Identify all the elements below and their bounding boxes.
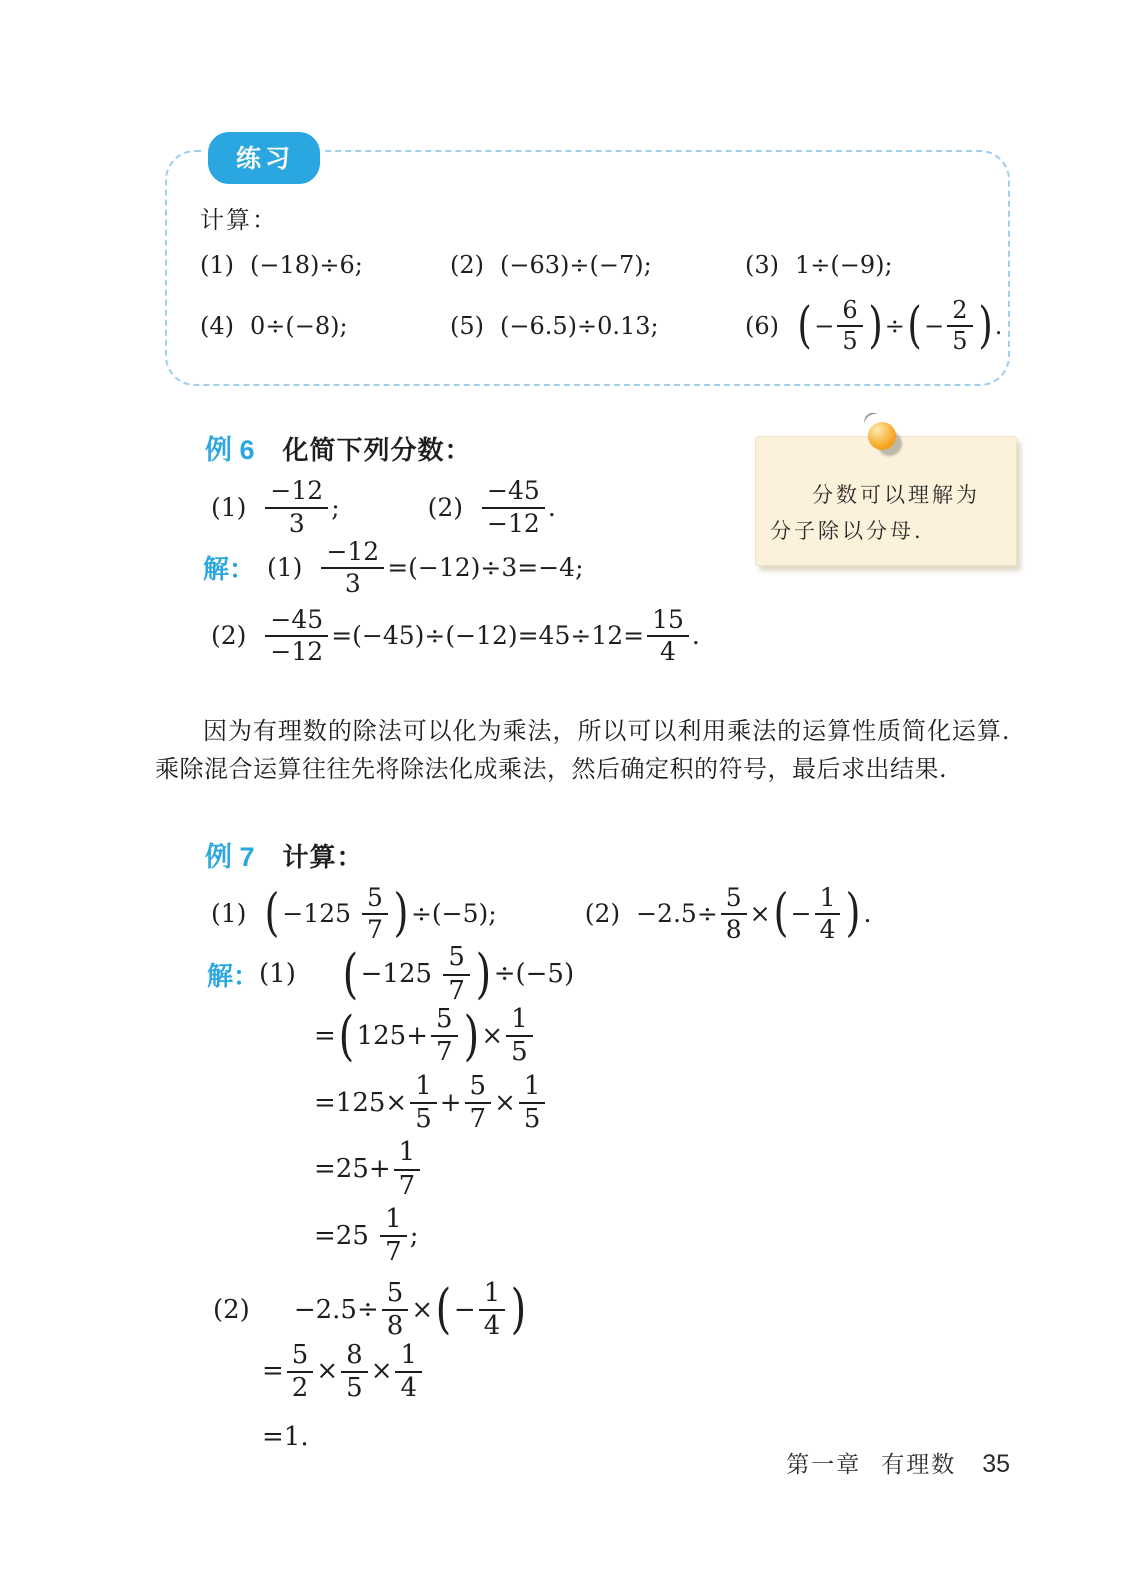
solve-label: 解： <box>203 549 255 586</box>
example6-section: 例 6 化简下列分数： (1) −123; (2) −45−12. 解： (1)… <box>155 428 1010 667</box>
math-expression: =52×85×14 <box>262 1341 425 1403</box>
practice-label-pill: 练习 <box>203 127 325 189</box>
math-expression: −2.5÷58×(−14) <box>294 1279 529 1341</box>
math-expression: −123=(−12)÷3=−4; <box>318 538 583 598</box>
exercise-number: (5) <box>450 312 484 340</box>
example7-section: 例 7 计算： (1) (−125 57)÷(−5); (2) −2.5÷58×… <box>155 835 1010 1467</box>
solve-label: 解： <box>207 956 259 993</box>
example6-problem-2: (2) −45−12. <box>428 477 556 537</box>
math-expression: =25+17 <box>314 1138 423 1200</box>
practice-box: 练习 计算： (1) (−18)÷6; (2) (−63)÷(−7); (3) … <box>165 150 1010 386</box>
solution-number: (2) <box>213 1295 250 1325</box>
exercise-number: (6) <box>745 312 779 340</box>
math-expression: −123; <box>262 477 339 537</box>
textbook-page: 练习 计算： (1) (−18)÷6; (2) (−63)÷(−7); (3) … <box>0 0 1125 1575</box>
practice-exercise-grid: (1) (−18)÷6; (2) (−63)÷(−7); (3) 1÷(−9);… <box>200 251 978 354</box>
page-footer: 第一章 有理数 35 <box>786 1446 1010 1479</box>
chapter-title: 第一章 <box>786 1446 861 1479</box>
math-expression: =25 17; <box>314 1205 418 1267</box>
example7-solution1-head: 解： (1) (−125 57)÷(−5) <box>207 943 1010 1005</box>
math-expression: (−18)÷6; <box>250 251 363 279</box>
math-expression: −2.5÷58×(−14). <box>636 884 871 944</box>
example7-problem-1: (1) (−125 57)÷(−5); <box>211 884 497 944</box>
example6-solution-2: (2) −45−12=(−45)÷(−12)=45÷12=154. <box>211 605 1010 667</box>
math-expression: −45−12. <box>479 477 556 537</box>
body-paragraph: 因为有理数的除法可以化为乘法，所以可以利用乘法的运算性质简化运算. 乘除混合运算… <box>155 713 1010 789</box>
exercise-number: (3) <box>745 251 779 279</box>
exercise-item-4: (4) 0÷(−8); <box>200 312 450 340</box>
section-title: 有理数 <box>881 1446 956 1479</box>
example6-tag: 例 6 <box>205 428 255 467</box>
math-expression: (−125 57)÷(−5); <box>262 884 496 944</box>
math-expression: 1÷(−9); <box>795 251 893 279</box>
pushpin-icon <box>868 422 908 462</box>
example6-problem-1: (1) −123; <box>211 477 340 537</box>
exercise-number: (1) <box>200 251 234 279</box>
exercise-number: (4) <box>200 312 234 340</box>
example7-solution2-head: (2) −2.5÷58×(−14) <box>213 1279 1010 1341</box>
margin-note-box: 分数可以理解为分子除以分母. <box>755 436 1017 566</box>
example7-tag: 例 7 <box>205 835 255 874</box>
problem-number: (1) <box>211 899 246 928</box>
exercise-item-2: (2) (−63)÷(−7); <box>450 251 745 279</box>
solution-number: (1) <box>259 959 296 989</box>
example7-title: 计算： <box>283 837 364 874</box>
solution-number: (2) <box>211 621 246 650</box>
equation-line: =52×85×14 <box>262 1341 1010 1403</box>
page-number: 35 <box>982 1450 1010 1479</box>
math-expression: =(125+57)×15 <box>314 1005 536 1067</box>
equation-line: =25 17; <box>314 1205 1010 1267</box>
problem-number: (2) <box>428 493 463 522</box>
problem-number: (2) <box>585 899 620 928</box>
math-expression: =125×15+57×15 <box>314 1072 548 1134</box>
problem-number: (1) <box>211 493 246 522</box>
math-expression: (−6.5)÷0.13; <box>500 312 659 340</box>
math-expression: −45−12=(−45)÷(−12)=45÷12=154. <box>262 606 699 666</box>
practice-prompt: 计算： <box>200 200 978 235</box>
equation-line: =125×15+57×15 <box>314 1072 1010 1134</box>
math-expression: 0÷(−8); <box>250 312 348 340</box>
math-expression: (−63)÷(−7); <box>500 251 652 279</box>
example7-problems: (1) (−125 57)÷(−5); (2) −2.5÷58×(−14). <box>211 884 1010 944</box>
solution-number: (1) <box>267 553 302 582</box>
example6-title: 化简下列分数： <box>283 430 472 467</box>
example7-header: 例 7 计算： <box>205 835 1010 874</box>
equation-line: =(125+57)×15 <box>314 1005 1010 1067</box>
math-expression: =1. <box>262 1422 309 1452</box>
exercise-item-6: (6) (−65)÷(−25). <box>745 297 1002 354</box>
math-expression: (−65)÷(−25). <box>795 297 1002 354</box>
exercise-item-5: (5) (−6.5)÷0.13; <box>450 312 745 340</box>
math-expression: (−125 57)÷(−5) <box>340 943 574 1005</box>
exercise-item-1: (1) (−18)÷6; <box>200 251 450 279</box>
equation-line: =25+17 <box>314 1138 1010 1200</box>
exercise-item-3: (3) 1÷(−9); <box>745 251 1002 279</box>
exercise-number: (2) <box>450 251 484 279</box>
example7-problem-2: (2) −2.5÷58×(−14). <box>585 884 872 944</box>
